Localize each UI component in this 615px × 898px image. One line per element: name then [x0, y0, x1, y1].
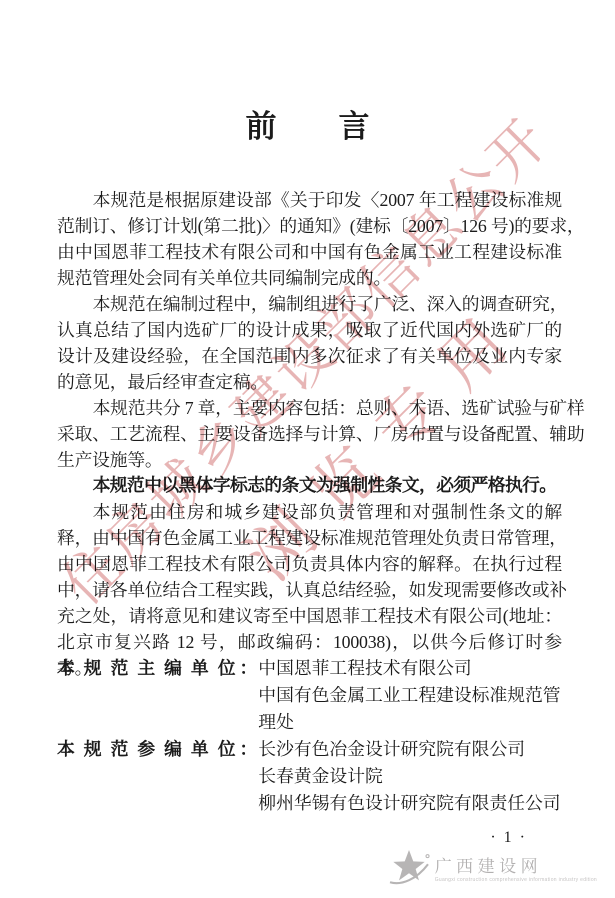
text-line: 由中国恩菲工程技术有限公司负责具体内容的解释。在执行过程 — [57, 551, 562, 577]
editor-row: 本规范参编单位：长沙有色冶金设计研究院有限公司长春黄金设计院柳州华锡有色设计研究… — [57, 736, 562, 817]
site-logo-text: 广西建设网 Guangxi construction comprehensive… — [435, 858, 597, 884]
editor-unit-name: 中国有色金属工业工程建设标准规范管理处 — [258, 682, 562, 736]
text-line: 释，由中国有色金属工业工程建设标准规范管理处负责日常管理， — [57, 525, 562, 551]
editor-unit-name: 柳州华锡有色设计研究院有限责任公司 — [258, 790, 562, 817]
text-line: 的意见，最后经审查定稿。 — [57, 369, 562, 395]
editor-row-values: 中国恩菲工程技术有限公司中国有色金属工业工程建设标准规范管理处 — [258, 655, 562, 736]
editor-row-values: 长沙有色冶金设计研究院有限公司长春黄金设计院柳州华锡有色设计研究院有限责任公司 — [258, 736, 562, 817]
document-page: 住房城乡建设部信息公开 浏览专用 前 言 本规范是根据原建设部《关于印发〈200… — [0, 0, 615, 898]
site-logo-tagline: Guangxi construction comprehensive infor… — [435, 877, 597, 884]
text-line: 采取、工艺流程、主要设备选择与计算、厂房布置与设备配置、辅助 — [57, 421, 562, 447]
site-logo-name: 广西建设网 — [435, 858, 597, 877]
page-title: 前 言 — [0, 101, 615, 146]
text-line: 中，请各单位结合工程实践，认真总结经验，如发现需要修改或补 — [57, 577, 562, 603]
page-number: · 1 · — [490, 829, 527, 847]
text-line: 设计及建设经验，在全国范围内多次征求了有关单位及业内专家 — [57, 343, 562, 369]
text-line: 本规范共分 7 章，主要内容包括：总则、术语、选矿试验与矿样 — [57, 395, 562, 421]
text-line: 规范管理处会同有关单位共同编制完成的。 — [57, 265, 562, 291]
editor-unit-name: 中国恩菲工程技术有限公司 — [258, 655, 562, 682]
star-swoosh-icon — [388, 849, 430, 892]
text-line: 本规范由住房和城乡建设部负责管理和对强制性条文的解 — [57, 499, 562, 525]
text-line: 生产设施等。 — [57, 447, 562, 473]
text-line: 本规范是根据原建设部《关于印发〈2007 年工程建设标准规 — [57, 187, 562, 213]
editor-units: 本规范主编单位：中国恩菲工程技术有限公司中国有色金属工业工程建设标准规范管理处本… — [57, 655, 562, 817]
text-line: 由中国恩菲工程技术有限公司和中国有色金属工业工程建设标准 — [57, 239, 562, 265]
text-line: 充之处，请将意见和建议寄至中国恩菲工程技术有限公司(地址： — [57, 603, 562, 629]
foreword-body: 本规范是根据原建设部《关于印发〈2007 年工程建设标准规范制订、修订计划(第二… — [57, 187, 562, 655]
editor-unit-name: 长春黄金设计院 — [258, 763, 562, 790]
site-logo: 广西建设网 Guangxi construction comprehensive… — [388, 849, 597, 892]
text-line: 本规范在编制过程中，编制组进行了广泛、深入的调查研究， — [57, 291, 562, 317]
text-line: 北京市复兴路 12 号，邮政编码：100038)，以供今后修订时参考。 — [57, 629, 562, 655]
text-line: 认真总结了国内选矿厂的设计成果，吸取了近代国内外选矿厂的 — [57, 317, 562, 343]
editor-row-colon: ： — [239, 655, 257, 682]
editor-row: 本规范主编单位：中国恩菲工程技术有限公司中国有色金属工业工程建设标准规范管理处 — [57, 655, 562, 736]
editor-row-colon: ： — [239, 736, 257, 763]
text-line: 范制订、修订计划(第二批)〉的通知》(建标〔2007〕126 号)的要求， — [57, 213, 562, 239]
editor-row-label: 本规范主编单位 — [57, 655, 244, 682]
editor-unit-name: 长沙有色冶金设计研究院有限公司 — [258, 736, 562, 763]
text-line: 本规范中以黑体字标志的条文为强制性条文，必须严格执行。 — [57, 473, 562, 499]
editor-row-label: 本规范参编单位 — [57, 736, 244, 763]
